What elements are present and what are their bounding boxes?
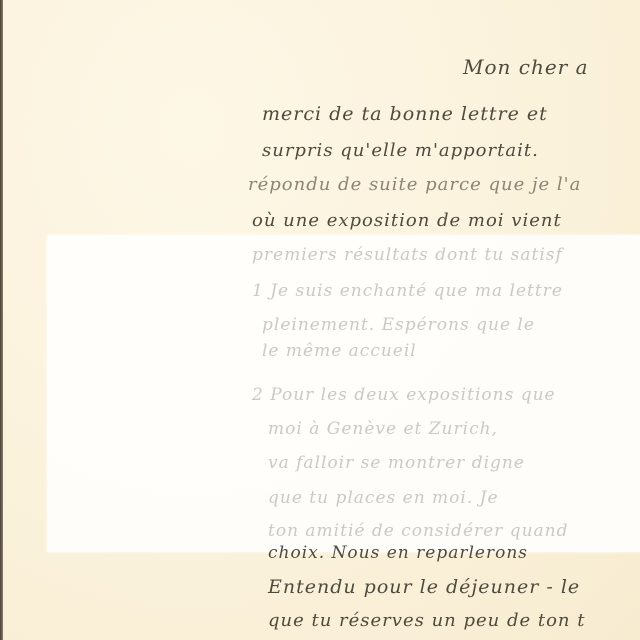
page-edge-shadow: [0, 0, 3, 640]
handwritten-line: répondu de suite parce que je l'a: [248, 174, 581, 195]
handwritten-line: moi à Genève et Zurich,: [268, 419, 498, 439]
handwritten-line: va falloir se montrer digne: [268, 453, 525, 473]
handwritten-line: surpris qu'elle m'apportait.: [262, 140, 539, 161]
handwritten-line: choix. Nous en reparlerons: [268, 543, 528, 563]
handwritten-line: Mon cher a: [463, 55, 589, 79]
handwritten-line: merci de ta bonne lettre et: [262, 103, 548, 125]
handwritten-line: 2 Pour les deux expositions que: [252, 385, 556, 405]
handwritten-line: que tu places en moi. Je: [268, 488, 499, 508]
handwritten-line: premiers résultats dont tu satisf: [252, 245, 563, 265]
handwritten-line: le même accueil: [262, 341, 417, 361]
handwritten-line: pleinement. Espérons que le: [262, 315, 535, 335]
handwritten-line: ton amitié de considérer quand: [268, 521, 569, 541]
handwritten-line: 1 Je suis enchanté que ma lettre: [252, 281, 563, 301]
handwritten-line: où une exposition de moi vient: [252, 210, 562, 231]
handwritten-line: que tu réserves un peu de ton t: [268, 610, 585, 631]
handwritten-line: Entendu pour le déjeuner - le: [268, 576, 580, 598]
letter-page: Mon cher amerci de ta bonne lettre etsur…: [0, 0, 640, 640]
